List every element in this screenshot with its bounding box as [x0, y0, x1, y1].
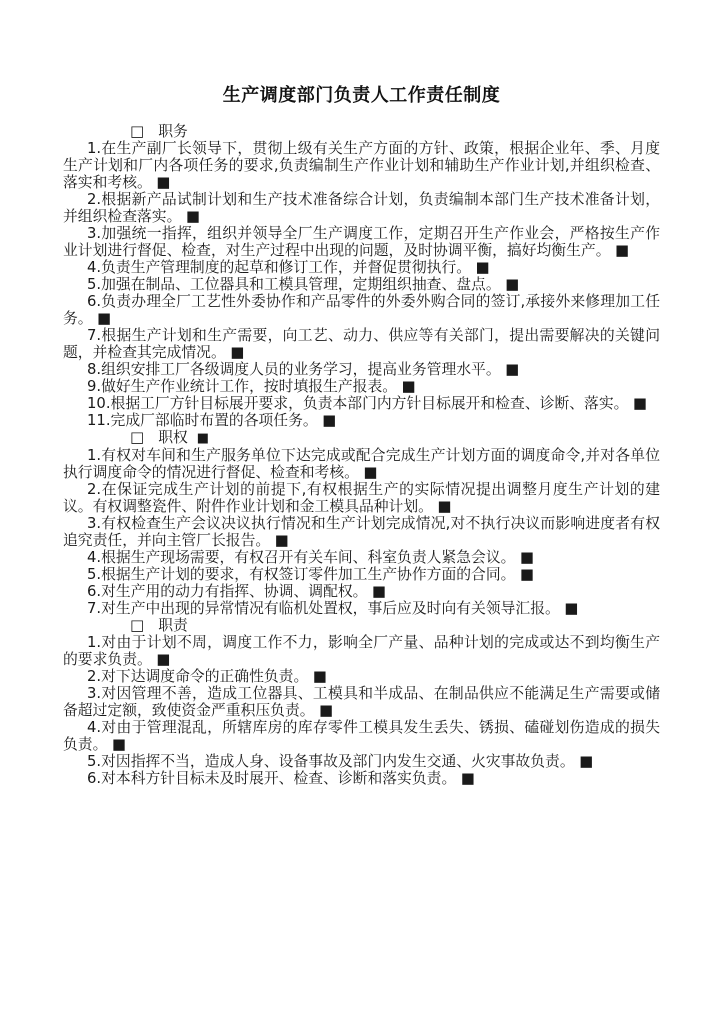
duties-item-2: 2.根据新产品试制计划和生产技术准备综合计划，负责编制本部门生产技术准备计划，并…	[63, 191, 660, 225]
responsibilities-item-5: 5.对因指挥不当，造成人身、设备事故及部门内发生交通、火灾事故负责。 ■	[63, 753, 660, 770]
duties-item-10: 10.根据工厂方针目标展开要求，负责本部门内方针目标展开和检查、诊断、落实。 ■	[63, 395, 660, 412]
authorities-item-2: 2.在保证完成生产计划的前提下,有权根据生产的实际情况提出调整月度生产计划的建议…	[63, 481, 660, 515]
duties-item-9: 9.做好生产作业统计工作，按时填报生产报表。 ■	[63, 378, 660, 395]
authorities-item-1: 1.有权对车间和生产服务单位下达完成或配合完成生产计划方面的调度命令,并对各单位…	[63, 447, 660, 481]
checkbox-icon: □	[130, 123, 144, 140]
duties-item-4: 4.负责生产管理制度的起草和修订工作，并督促贯彻执行。 ■	[63, 259, 660, 276]
duties-item-11: 11.完成厂部临时布置的各项任务。 ■	[63, 412, 660, 429]
section-heading-authorities: □职权■	[63, 429, 660, 447]
document-body: □职务 1.在生产副厂长领导下，贯彻上级有关生产方面的方针、政策，根据企业年、季…	[63, 123, 660, 787]
document-title: 生产调度部门负责人工作责任制度	[63, 85, 660, 107]
section-heading-label: 职务	[158, 123, 188, 140]
checkbox-icon: □	[130, 429, 144, 446]
section-heading-duties: □职务	[63, 123, 660, 140]
square-bullet-icon: ■	[197, 430, 209, 447]
section-duties: □职务 1.在生产副厂长领导下，贯彻上级有关生产方面的方针、政策，根据企业年、季…	[63, 123, 660, 429]
authorities-item-7: 7.对生产中出现的异常情况有临机处置权，事后应及时向有关领导汇报。 ■	[63, 600, 660, 617]
duties-item-8: 8.组织安排工厂各级调度人员的业务学习，提高业务管理水平。 ■	[63, 361, 660, 378]
duties-item-6: 6.负责办理全厂工艺性外委协作和产品零件的外委外购合同的签订,承接外来修理加工任…	[63, 293, 660, 327]
checkbox-icon: □	[130, 617, 144, 634]
responsibilities-item-1: 1.对由于计划不周，调度工作不力，影响全厂产量、品种计划的完成或达不到均衡生产的…	[63, 634, 660, 668]
authorities-item-6: 6.对生产用的动力有指挥、协调、调配权。 ■	[63, 583, 660, 600]
section-authorities: □职权■ 1.有权对车间和生产服务单位下达完成或配合完成生产计划方面的调度命令,…	[63, 429, 660, 617]
section-heading-label: 职责	[158, 617, 188, 634]
duties-item-7: 7.根据生产计划和生产需要，向工艺、动力、供应等有关部门，提出需要解决的关键问题…	[63, 327, 660, 361]
authorities-item-3: 3.有权检查生产会议决议执行情况和生产计划完成情况,对不执行决议而影响进度者有权…	[63, 515, 660, 549]
responsibilities-item-3: 3.对因管理不善，造成工位器具、工模具和半成品、在制品供应不能满足生产需要或储备…	[63, 685, 660, 719]
responsibilities-item-4: 4.对由于管理混乱，所辖库房的库存零件工模具发生丢失、锈损、磕碰划伤造成的损失负…	[63, 719, 660, 753]
authorities-item-5: 5.根据生产计划的要求，有权签订零件加工生产协作方面的合同。 ■	[63, 566, 660, 583]
authorities-item-4: 4.根据生产现场需要，有权召开有关车间、科室负责人紧急会议。 ■	[63, 549, 660, 566]
duties-item-3: 3.加强统一指挥，组织并领导全厂生产调度工作，定期召开生产作业会，严格按生产作业…	[63, 225, 660, 259]
responsibilities-item-6: 6.对本科方针目标未及时展开、检查、诊断和落实负责。 ■	[63, 770, 660, 787]
section-responsibilities: □职责 1.对由于计划不周，调度工作不力，影响全厂产量、品种计划的完成或达不到均…	[63, 617, 660, 787]
duties-item-5: 5.加强在制品、工位器具和工模具管理，定期组织抽查、盘点。 ■	[63, 276, 660, 293]
section-heading-label: 职权	[158, 429, 188, 446]
section-heading-responsibilities: □职责	[63, 617, 660, 634]
responsibilities-item-2: 2.对下达调度命令的正确性负责。 ■	[63, 668, 660, 685]
duties-item-1: 1.在生产副厂长领导下，贯彻上级有关生产方面的方针、政策，根据企业年、季、月度生…	[63, 140, 660, 191]
document-page: 生产调度部门负责人工作责任制度 □职务 1.在生产副厂长领导下，贯彻上级有关生产…	[0, 0, 720, 1017]
